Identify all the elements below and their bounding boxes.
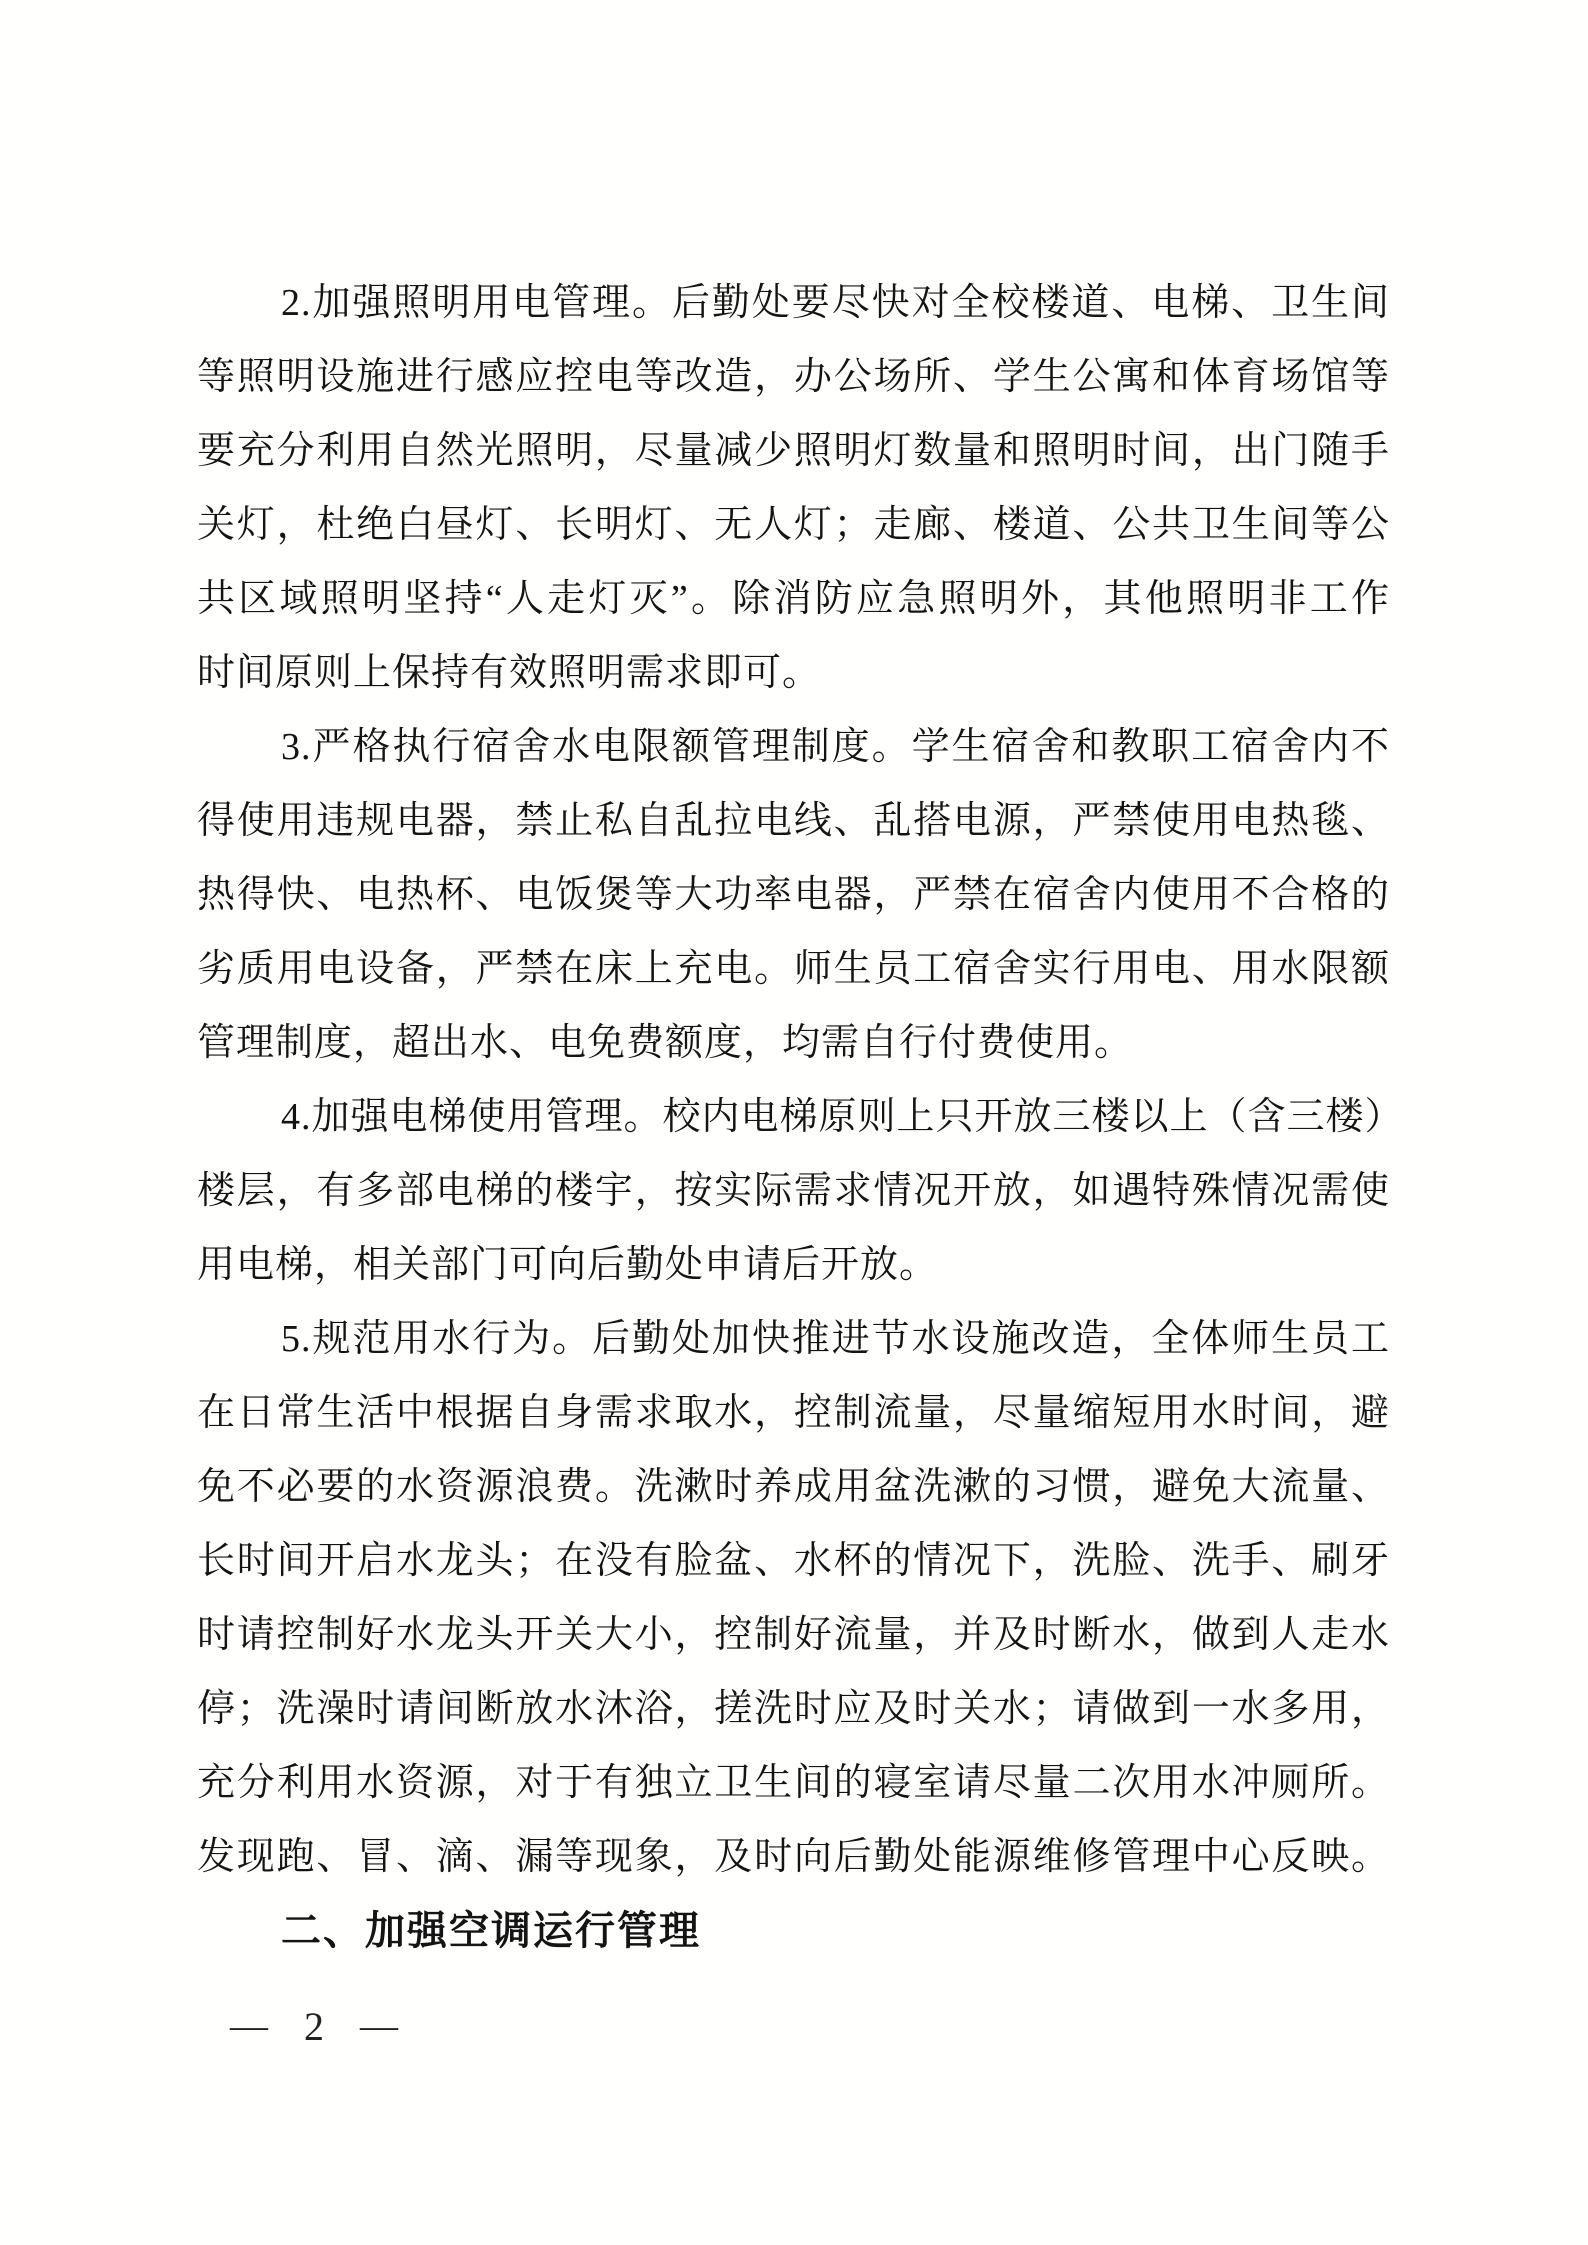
footer-dash-left: —: [230, 2004, 268, 2048]
text-line: 管理制度，超出水、电免费额度，均需自行付费使用。: [197, 1006, 1390, 1080]
page-footer: — 2 —: [230, 1998, 398, 2054]
text-line: 3.严格执行宿舍水电限额管理制度。学生宿舍和教职工宿舍内不: [197, 710, 1390, 784]
text-line: 长时间开启水龙头；在没有脸盆、水杯的情况下，洗脸、洗手、刷牙: [197, 1524, 1390, 1598]
text-line: 要充分利用自然光照明，尽量减少照明灯数量和照明时间，出门随手: [197, 414, 1390, 488]
text-line: 在日常生活中根据自身需求取水，控制流量，尽量缩短用水时间，避: [197, 1376, 1390, 1450]
text-line: 停；洗澡时请间断放水沐浴，搓洗时应及时关水；请做到一水多用，: [197, 1672, 1390, 1746]
text-line: 时间原则上保持有效照明需求即可。: [197, 636, 1390, 710]
text-line: 热得快、电热杯、电饭煲等大功率电器，严禁在宿舍内使用不合格的: [197, 858, 1390, 932]
paragraph: 2.加强照明用电管理。后勤处要尽快对全校楼道、电梯、卫生间等照明设施进行感应控电…: [197, 266, 1390, 710]
footer-dash-right: —: [360, 2004, 398, 2048]
text-line: 用电梯，相关部门可向后勤处申请后开放。: [197, 1228, 1390, 1302]
document-page: 2.加强照明用电管理。后勤处要尽快对全校楼道、电梯、卫生间等照明设施进行感应控电…: [0, 0, 1588, 2245]
text-line: 免不必要的水资源浪费。洗漱时养成用盆洗漱的习惯，避免大流量、: [197, 1450, 1390, 1524]
document-body: 2.加强照明用电管理。后勤处要尽快对全校楼道、电梯、卫生间等照明设施进行感应控电…: [197, 266, 1390, 1968]
paragraph: 5.规范用水行为。后勤处加快推进节水设施改造，全体师生员工在日常生活中根据自身需…: [197, 1302, 1390, 1894]
text-line: 2.加强照明用电管理。后勤处要尽快对全校楼道、电梯、卫生间: [197, 266, 1390, 340]
section-heading: 二、加强空调运行管理: [197, 1894, 1390, 1968]
paragraph: 4.加强电梯使用管理。校内电梯原则上只开放三楼以上（含三楼）楼层，有多部电梯的楼…: [197, 1080, 1390, 1302]
text-line: 5.规范用水行为。后勤处加快推进节水设施改造，全体师生员工: [197, 1302, 1390, 1376]
text-line: 发现跑、冒、滴、漏等现象，及时向后勤处能源维修管理中心反映。: [197, 1820, 1390, 1894]
text-line: 4.加强电梯使用管理。校内电梯原则上只开放三楼以上（含三楼）: [197, 1080, 1390, 1154]
text-line: 时请控制好水龙头开关大小，控制好流量，并及时断水，做到人走水: [197, 1598, 1390, 1672]
page-number: 2: [304, 2003, 324, 2050]
paragraph: 3.严格执行宿舍水电限额管理制度。学生宿舍和教职工宿舍内不得使用违规电器，禁止私…: [197, 710, 1390, 1080]
text-line: 楼层，有多部电梯的楼宇，按实际需求情况开放，如遇特殊情况需使: [197, 1154, 1390, 1228]
text-line: 关灯，杜绝白昼灯、长明灯、无人灯；走廊、楼道、公共卫生间等公: [197, 488, 1390, 562]
text-line: 等照明设施进行感应控电等改造，办公场所、学生公寓和体育场馆等: [197, 340, 1390, 414]
text-line: 劣质用电设备，严禁在床上充电。师生员工宿舍实行用电、用水限额: [197, 932, 1390, 1006]
text-line: 得使用违规电器，禁止私自乱拉电线、乱搭电源，严禁使用电热毯、: [197, 784, 1390, 858]
text-line: 共区域照明坚持“人走灯灭”。除消防应急照明外，其他照明非工作: [197, 562, 1390, 636]
heading-line: 二、加强空调运行管理: [197, 1894, 1390, 1968]
text-line: 充分利用水资源，对于有独立卫生间的寝室请尽量二次用水冲厕所。: [197, 1746, 1390, 1820]
